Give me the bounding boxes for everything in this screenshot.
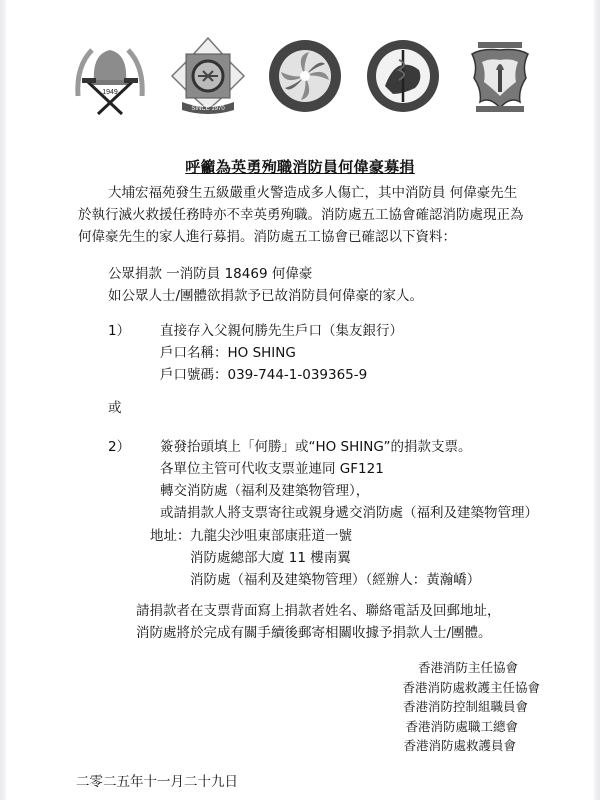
union-1949-logo-icon: 1949 (70, 36, 150, 116)
document-date: 二零二五年十一月二十九日 (76, 770, 238, 790)
account-number: 戶口號碼：039-744-1-039365-9 (108, 364, 403, 386)
public-donation-section: 公眾捐款 一消防員 18469 何偉豪 如公眾人士/團體欲捐款予已故消防員何偉豪… (108, 263, 423, 307)
public-donation-desc: 如公眾人士/團體欲捐款予已故消防員何偉豪的家人。 (108, 285, 423, 307)
option-number: 2） (108, 436, 160, 458)
address-line: 消防處（福利及建築物管理）（經辦人：黃瀚嶠） (150, 569, 480, 591)
fire-officers-star-logo-icon: SINCE 1970 (168, 36, 248, 116)
fire-officers-association-logo-icon (265, 36, 345, 116)
logo-row: 1949 SINCE 1970 (70, 36, 540, 116)
option-2-text: 簽發抬頭填上「何勝」或“HO SHING”的捐款支票。 (160, 439, 472, 455)
mailing-address: 地址：九龍尖沙咀東部康莊道一號 消防處總部大廈 11 樓南翼 消防處（福利及建築… (150, 525, 480, 591)
signatory-org: 香港消防處職工總會 (330, 717, 540, 737)
signatory-org: 香港消防控制組職員會 (330, 697, 540, 717)
note-line: 消防處將於完成有關手續後郵寄相關收據予捐款人士/團體。 (136, 622, 501, 644)
signatory-org: 香港消防處救護主任協會 (330, 678, 540, 698)
option-number: 1） (108, 320, 160, 342)
svg-text:SINCE 1970: SINCE 1970 (191, 106, 225, 112)
document-title: 呼籲為英勇殉職消防員何偉豪募捐 (0, 156, 600, 177)
intro-line: 於執行滅火救援任務時亦不幸英勇殉職。消防處五工協會確認消防處現正為 (78, 204, 548, 226)
cheque-note: 請捐款者在支票背面寫上捐款者姓名、聯絡電話及回郵地址， 消防處將於完成有關手續後… (136, 600, 501, 644)
address-line: 九龍尖沙咀東部康莊道一號 (190, 528, 352, 544)
address-label: 地址： (150, 525, 190, 547)
svg-text:1949: 1949 (102, 89, 118, 96)
option-2-line: 轉交消防處（福利及建築物管理）， (108, 480, 538, 502)
intro-line: 大埔宏福苑發生五級嚴重火警造成多人傷亡，其中消防員 何偉豪先生 (78, 182, 548, 204)
option-2-line: 或請捐款人將支票寄往或親身遞交消防處（福利及建築物管理） (108, 502, 538, 524)
signatory-org: 香港消防處救護員會 (330, 736, 540, 756)
option-2-line: 各單位主管可代收支票並連同 GF121 (108, 458, 538, 480)
or-separator: 或 (108, 397, 122, 419)
donation-option-2: 2）簽發抬頭填上「何勝」或“HO SHING”的捐款支票。 各單位主管可代收支票… (108, 436, 538, 524)
public-donation-heading: 公眾捐款 一消防員 18469 何偉豪 (108, 263, 423, 285)
staff-union-shield-logo-icon (460, 36, 540, 116)
account-name: 戶口名稱：HO SHING (108, 342, 403, 364)
ambulance-officers-logo-icon (363, 36, 443, 116)
signatory-organizations: 香港消防主任協會 香港消防處救護主任協會 香港消防控制組職員會 香港消防處職工總… (330, 658, 540, 756)
intro-paragraph: 大埔宏福苑發生五級嚴重火警造成多人傷亡，其中消防員 何偉豪先生 於執行滅火救援任… (78, 182, 548, 248)
page-edge-left (0, 0, 6, 800)
page-edge-right (594, 0, 600, 800)
address-line: 消防處總部大廈 11 樓南翼 (150, 547, 480, 569)
note-line: 請捐款者在支票背面寫上捐款者姓名、聯絡電話及回郵地址， (136, 600, 501, 622)
signatory-org: 香港消防主任協會 (330, 658, 540, 678)
intro-line: 何偉豪先生的家人進行募捐。消防處五工協會已確認以下資料： (78, 226, 548, 248)
donation-option-1: 1）直接存入父親何勝先生戶口（集友銀行） 戶口名稱：HO SHING 戶口號碼：… (108, 320, 403, 386)
option-1-text: 直接存入父親何勝先生戶口（集友銀行） (160, 323, 403, 339)
